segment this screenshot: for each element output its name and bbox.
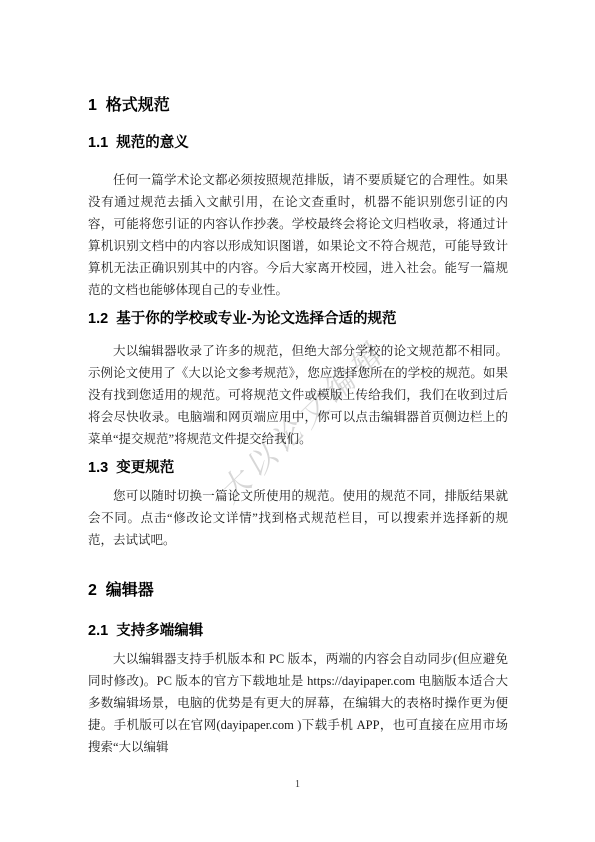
section-1-2-paragraph: 大以编辑器收录了许多的规范，但绝大部分学校的论文规范都不相同。示例论文使用了《大… — [88, 340, 508, 450]
chapter-1-title: 1 格式规范 — [88, 96, 508, 116]
section-1-2-title: 1.2 基于你的学校或专业-为论文选择合适的规范 — [88, 310, 508, 328]
section-2-1-title: 2.1 支持多端编辑 — [88, 622, 508, 640]
document-content: 1 格式规范 1.1 规范的意义 任何一篇学术论文都必须按照规范排版，请不要质疑… — [0, 0, 595, 758]
section-1-1-paragraph: 任何一篇学术论文都必须按照规范排版，请不要质疑它的合理性。如果没有通过规范去插入… — [88, 169, 508, 301]
chapter-2-title: 2 编辑器 — [88, 581, 508, 601]
section-1-3-title: 1.3 变更规范 — [88, 459, 508, 477]
page-number: 1 — [0, 779, 595, 791]
section-1-3-paragraph: 您可以随时切换一篇论文所使用的规范。使用的规范不同，排版结果就会不同。点击“修改… — [88, 485, 508, 551]
document-page: 大以论文编辑 1 格式规范 1.1 规范的意义 任何一篇学术论文都必须按照规范排… — [0, 0, 595, 842]
section-1-1-title: 1.1 规范的意义 — [88, 134, 508, 152]
section-2-1-paragraph: 大以编辑器支持手机版本和 PC 版本，两端的内容会自动同步(但应避免同时修改)。… — [88, 648, 508, 758]
